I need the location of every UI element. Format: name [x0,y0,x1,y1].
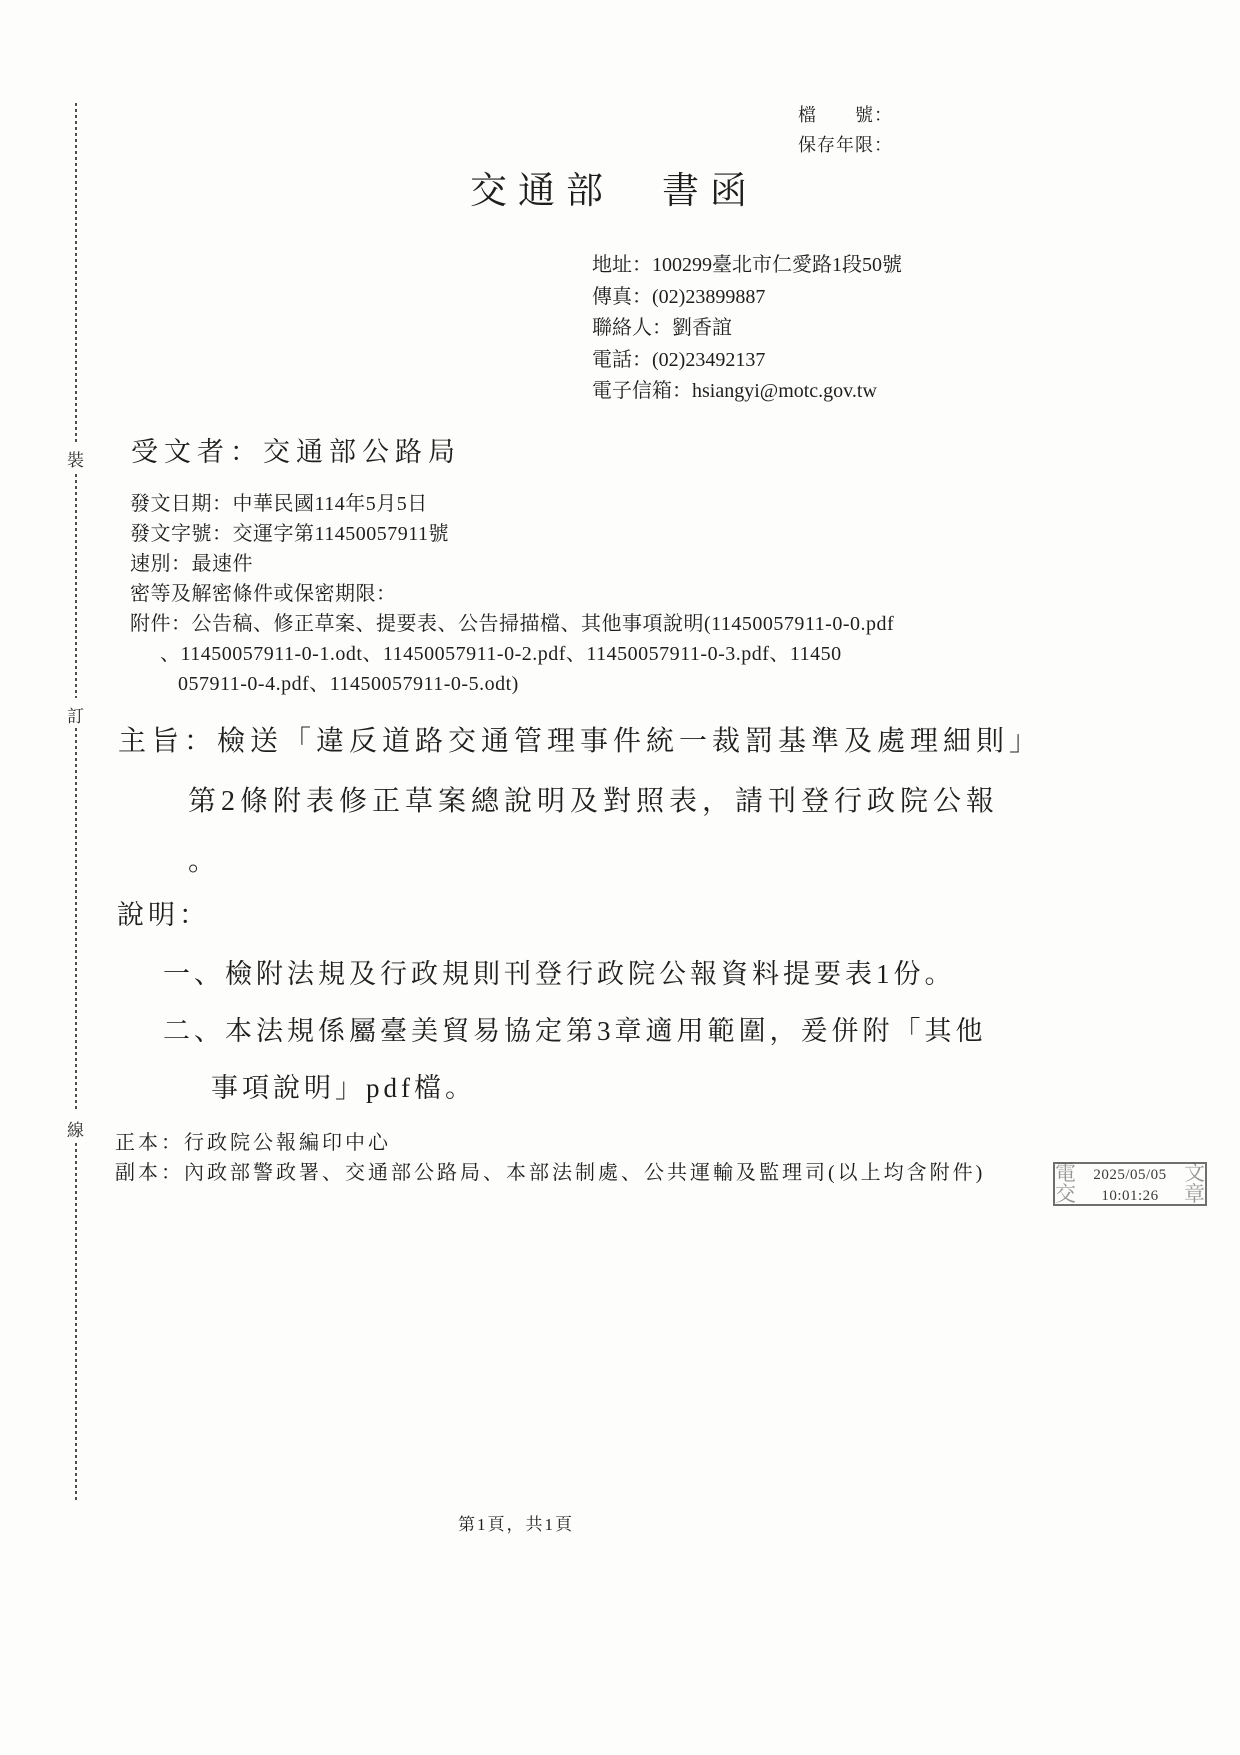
subject-line-2: 第2條附表修正草案總說明及對照表，請刊登行政院公報 [188,772,1042,832]
priority-line: 速別：最速件 [130,549,894,579]
original-copy-line: 正本：行政院公報編印中心 [115,1129,985,1159]
binding-line-segment [75,474,77,698]
page-footer: 第1頁，共1頁 [458,1510,574,1535]
document-meta-block: 發文日期：中華民國114年5月5日 發文字號：交運字第11450057911號 … [130,489,894,699]
doc-number-line: 發文字號：交運字第11450057911號 [130,519,894,549]
binding-mark-zhuang: 裝 [67,446,84,471]
binding-line-segment [75,1143,77,1503]
electronic-exchange-stamp: 電 交 文 章 2025/05/05 10:01:26 [1053,1162,1207,1206]
explanation-items: 一、檢附法規及行政規則刊登行政院公報資料提要表1份。 二、本法規係屬臺美貿易協定… [163,946,987,1117]
sender-address: 地址：100299臺北市仁愛路1段50號 [592,250,902,282]
retention-label: 保存年限： [798,130,893,160]
subject-block: 主旨：檢送「違反道路交通管理事件統一裁罰基準及處理細則」 第2條附表修正草案總說… [118,712,1042,892]
stamp-time: 10:01:26 [1055,1187,1205,1206]
attachments-line-1: 附件：公告稿、修正草案、提要表、公告掃描檔、其他事項說明(11450057911… [130,609,894,639]
sender-email: 電子信箱：hsiangyi@motc.gov.tw [592,376,902,408]
binding-line-segment [75,103,77,443]
subject-line-1: 主旨：檢送「違反道路交通管理事件統一裁罰基準及處理細則」 [118,712,1042,772]
subject-line-3: 。 [188,832,1042,892]
official-letter-page: 裝 訂 線 檔 號： 保存年限： 交通部 書函 地址：100299臺北市仁愛路1… [0,0,1240,1755]
attachments-line-3: 057911-0-4.pdf、11450057911-0-5.odt) [178,669,894,699]
archive-no-label: 檔 號： [798,100,893,130]
explanation-item-1: 一、檢附法規及行政規則刊登行政院公報資料提要表1份。 [163,946,987,1003]
explanation-item-2: 二、本法規係屬臺美貿易協定第3章適用範圍，爰併附「其他 [163,1003,987,1060]
binding-mark-ding: 訂 [67,702,84,727]
sender-fax: 傳真：(02)23899887 [592,282,902,314]
sender-contact-person: 聯絡人：劉香誼 [592,313,902,345]
distribution-block: 正本：行政院公報編印中心 副本：內政部警政署、交通部公路局、本部法制處、公共運輸… [115,1129,985,1188]
attachments-line-2: 、11450057911-0-1.odt、11450057911-0-2.pdf… [160,639,894,669]
archive-label-block: 檔 號： 保存年限： [798,100,893,160]
binding-line-segment [75,728,77,1112]
carbon-copy-line: 副本：內政部警政署、交通部公路局、本部法制處、公共運輸及監理司(以上均含附件) [115,1159,985,1189]
security-line: 密等及解密條件或保密期限： [130,579,894,609]
document-title: 交通部 書函 [470,160,758,214]
sender-contact-block: 地址：100299臺北市仁愛路1段50號 傳真：(02)23899887 聯絡人… [592,250,902,408]
explanation-heading: 說明： [117,893,210,932]
stamp-date: 2025/05/05 [1055,1166,1205,1185]
explanation-item-2-cont: 事項說明」pdf檔。 [211,1060,987,1117]
recipient-line: 受文者：交通部公路局 [131,430,461,469]
binding-mark-xian: 線 [67,1116,84,1141]
sender-phone: 電話：(02)23492137 [592,345,902,377]
issue-date-line: 發文日期：中華民國114年5月5日 [130,489,894,519]
